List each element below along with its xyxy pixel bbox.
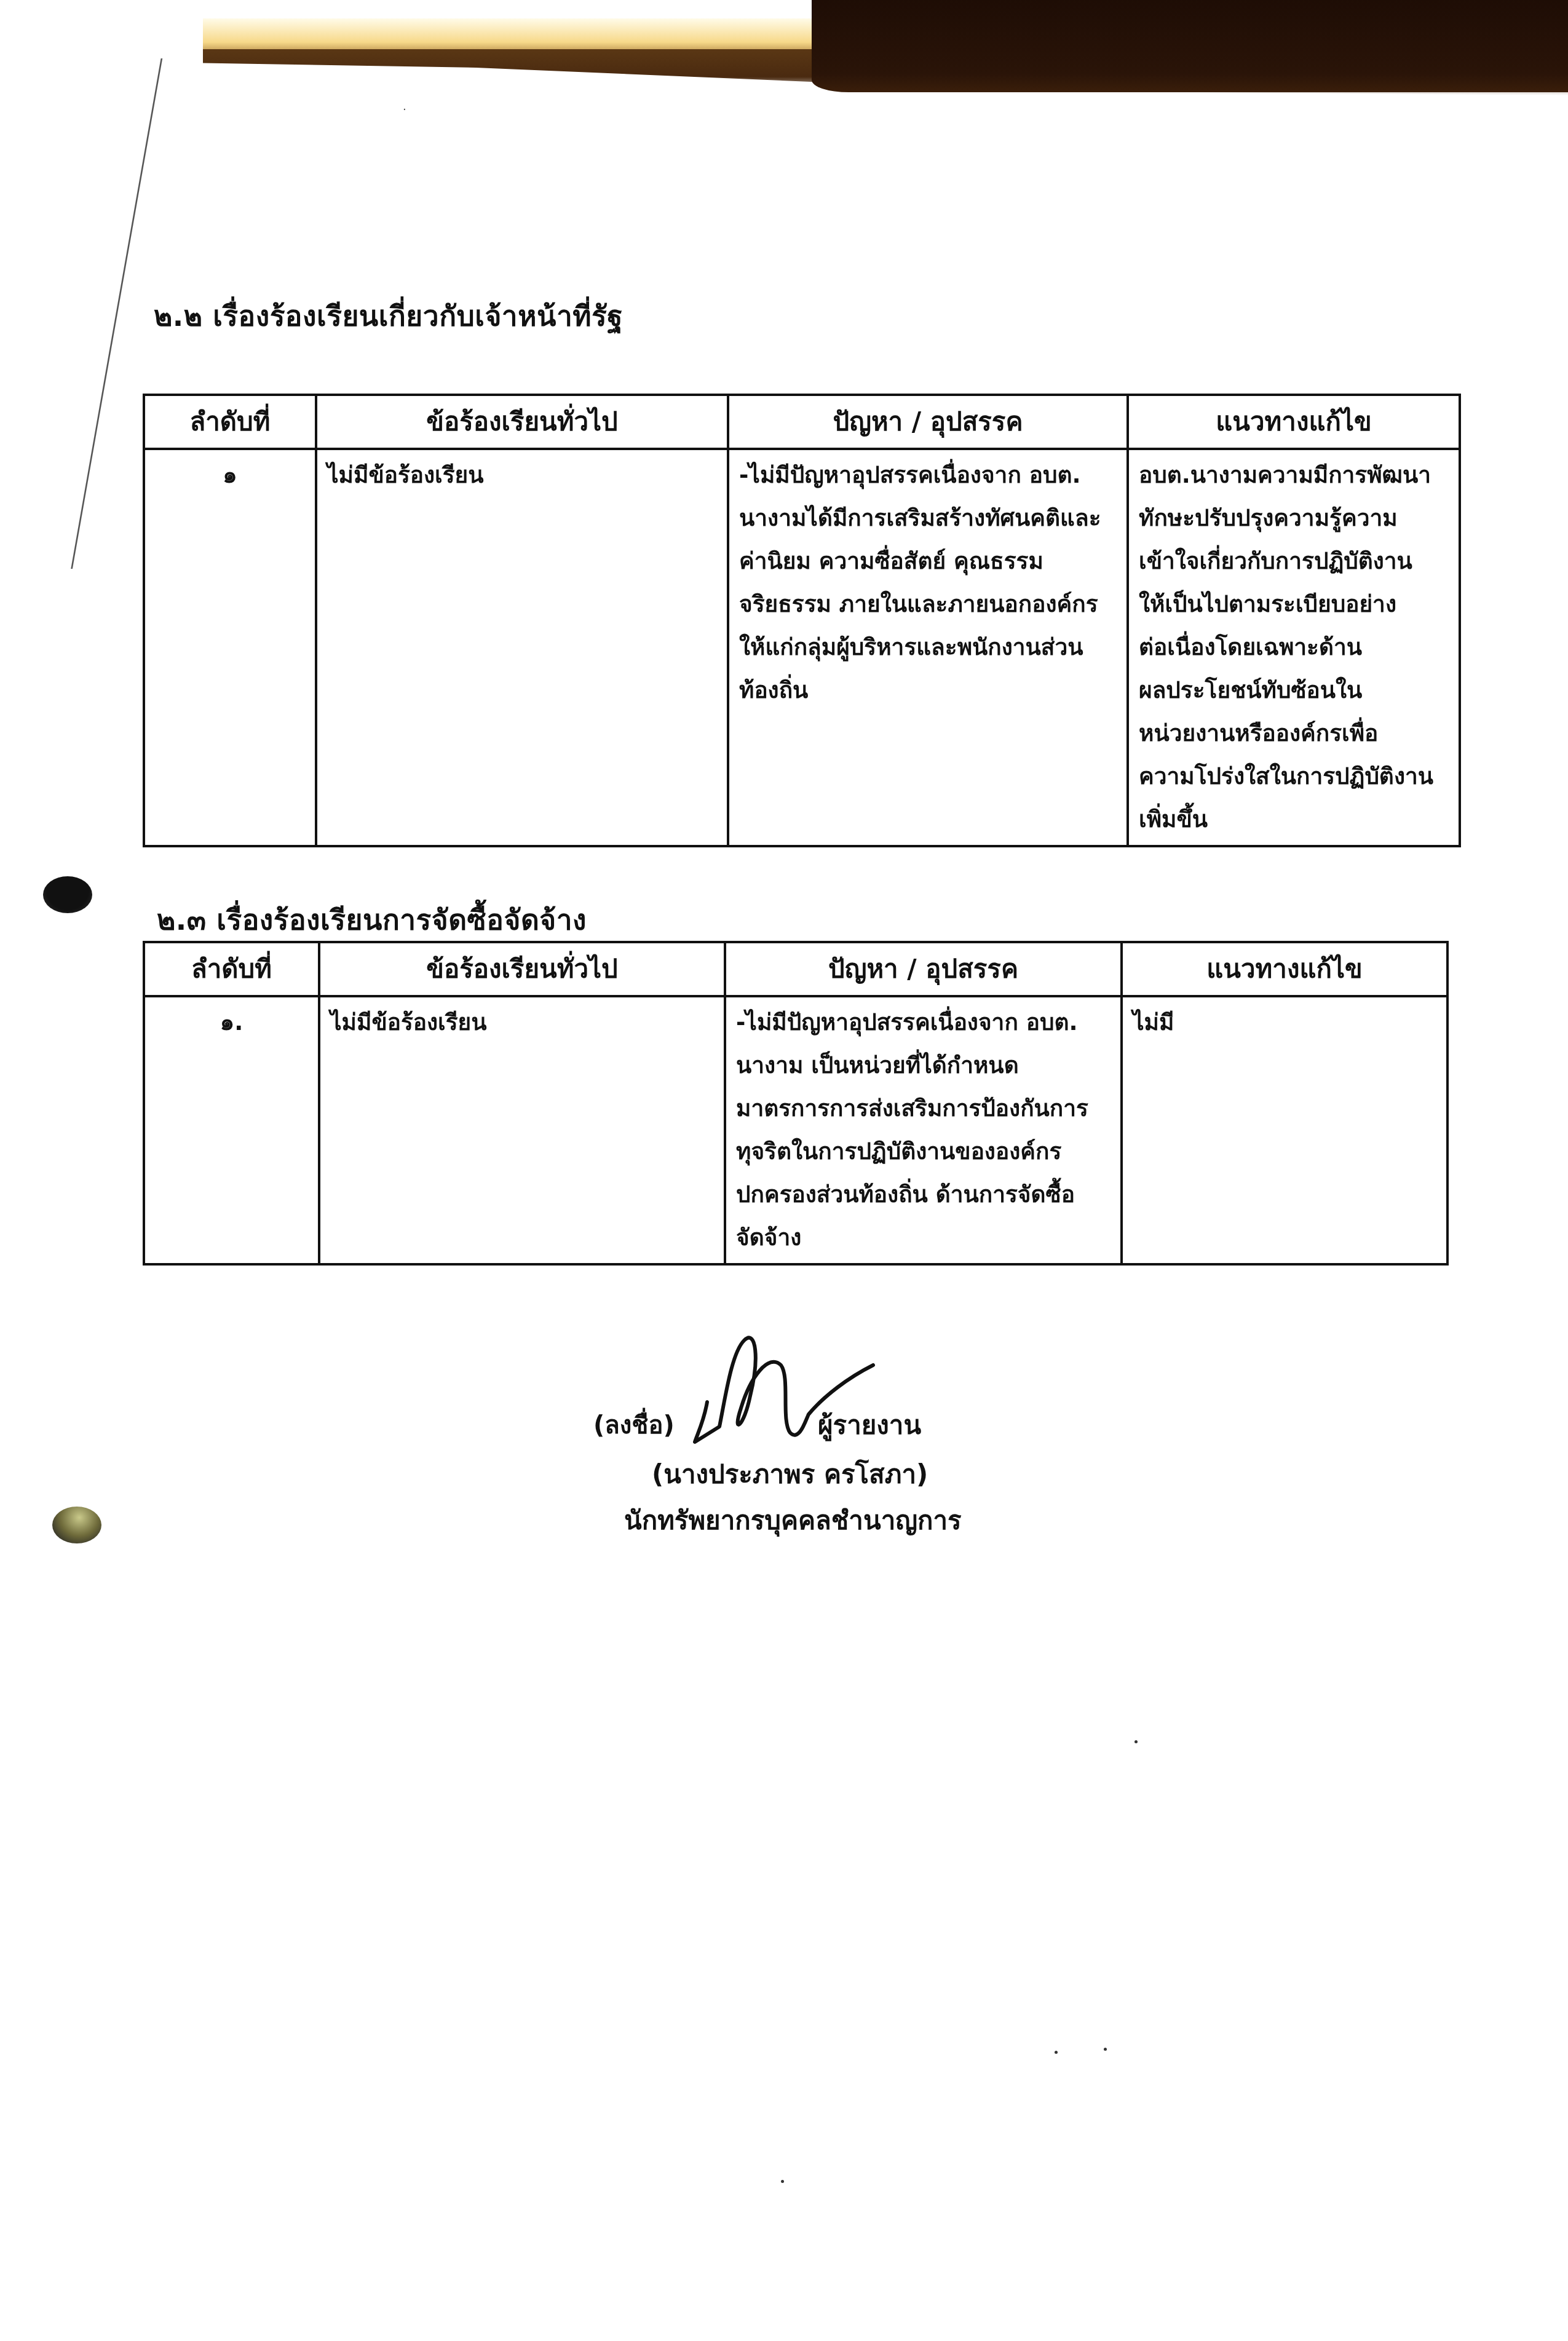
signer-position: นักทรัพยากรบุคคลชำนาญการ [624,1500,962,1541]
column-header-complaint: ข้อร้องเรียนทั่วไป [319,942,725,996]
speck [781,2180,784,2183]
section-2-3-title: ๒.๓ เรื่องร้องเรียนการจัดซื้อจัดจ้าง [157,898,587,943]
row-solution: ไม่มี [1122,996,1447,1264]
row-solution: อบต.นางามความมีการพัฒนา ทักษะปรับปรุงควา… [1128,449,1460,846]
row-problem: -ไม่มีปัญหาอุปสรรคเนื่องจาก อบต. นางามได… [728,449,1128,846]
table-header-row: ลำดับที่ ข้อร้องเรียนทั่วไป ปัญหา / อุปส… [144,395,1460,449]
signature-block: (ลงชื่อ) ผู้รายงาน (นางประภาพร ครโสภา) น… [553,1316,1045,1550]
signature-label: (ลงชื่อ) [593,1405,675,1444]
section-2-2-title: ๒.๒ เรื่องร้องเรียนเกี่ยวกับเจ้าหน้าที่ร… [154,294,623,339]
signer-name: (นางประภาพร ครโสภา) [652,1454,928,1495]
punch-hole [52,1507,101,1543]
column-header-solution: แนวทางแก้ไข [1122,942,1447,996]
column-header-solution: แนวทางแก้ไข [1128,395,1460,449]
column-header-no: ลำดับที่ [144,942,319,996]
signer-role: ผู้รายงาน [818,1405,921,1446]
scan-dark-region [812,0,1568,92]
section-2-3-table: ลำดับที่ ข้อร้องเรียนทั่วไป ปัญหา / อุปส… [143,941,1449,1266]
table-row: ๑ ไม่มีข้อร้องเรียน -ไม่มีปัญหาอุปสรรคเน… [144,449,1460,846]
speck [1104,2048,1107,2051]
table-row: ๑. ไม่มีข้อร้องเรียน -ไม่มีปัญหาอุปสรรคเ… [144,996,1447,1264]
row-number: ๑. [144,996,319,1264]
row-problem: -ไม่มีปัญหาอุปสรรคเนื่องจาก อบต. นางาม เ… [725,996,1122,1264]
row-complaint: ไม่มีข้อร้องเรียน [319,996,725,1264]
row-complaint: ไม่มีข้อร้องเรียน [316,449,728,846]
column-header-problem: ปัญหา / อุปสรรค [728,395,1128,449]
column-header-problem: ปัญหา / อุปสรรค [725,942,1122,996]
punch-hole [43,876,92,913]
column-header-complaint: ข้อร้องเรียนทั่วไป [316,395,728,449]
section-2-2-table: ลำดับที่ ข้อร้องเรียนทั่วไป ปัญหา / อุปส… [143,394,1461,847]
page-mark: · [403,103,406,116]
column-header-no: ลำดับที่ [144,395,316,449]
speck [1055,2051,1058,2054]
row-number: ๑ [144,449,316,846]
speck [1134,1740,1138,1743]
table-header-row: ลำดับที่ ข้อร้องเรียนทั่วไป ปัญหา / อุปส… [144,942,1447,996]
